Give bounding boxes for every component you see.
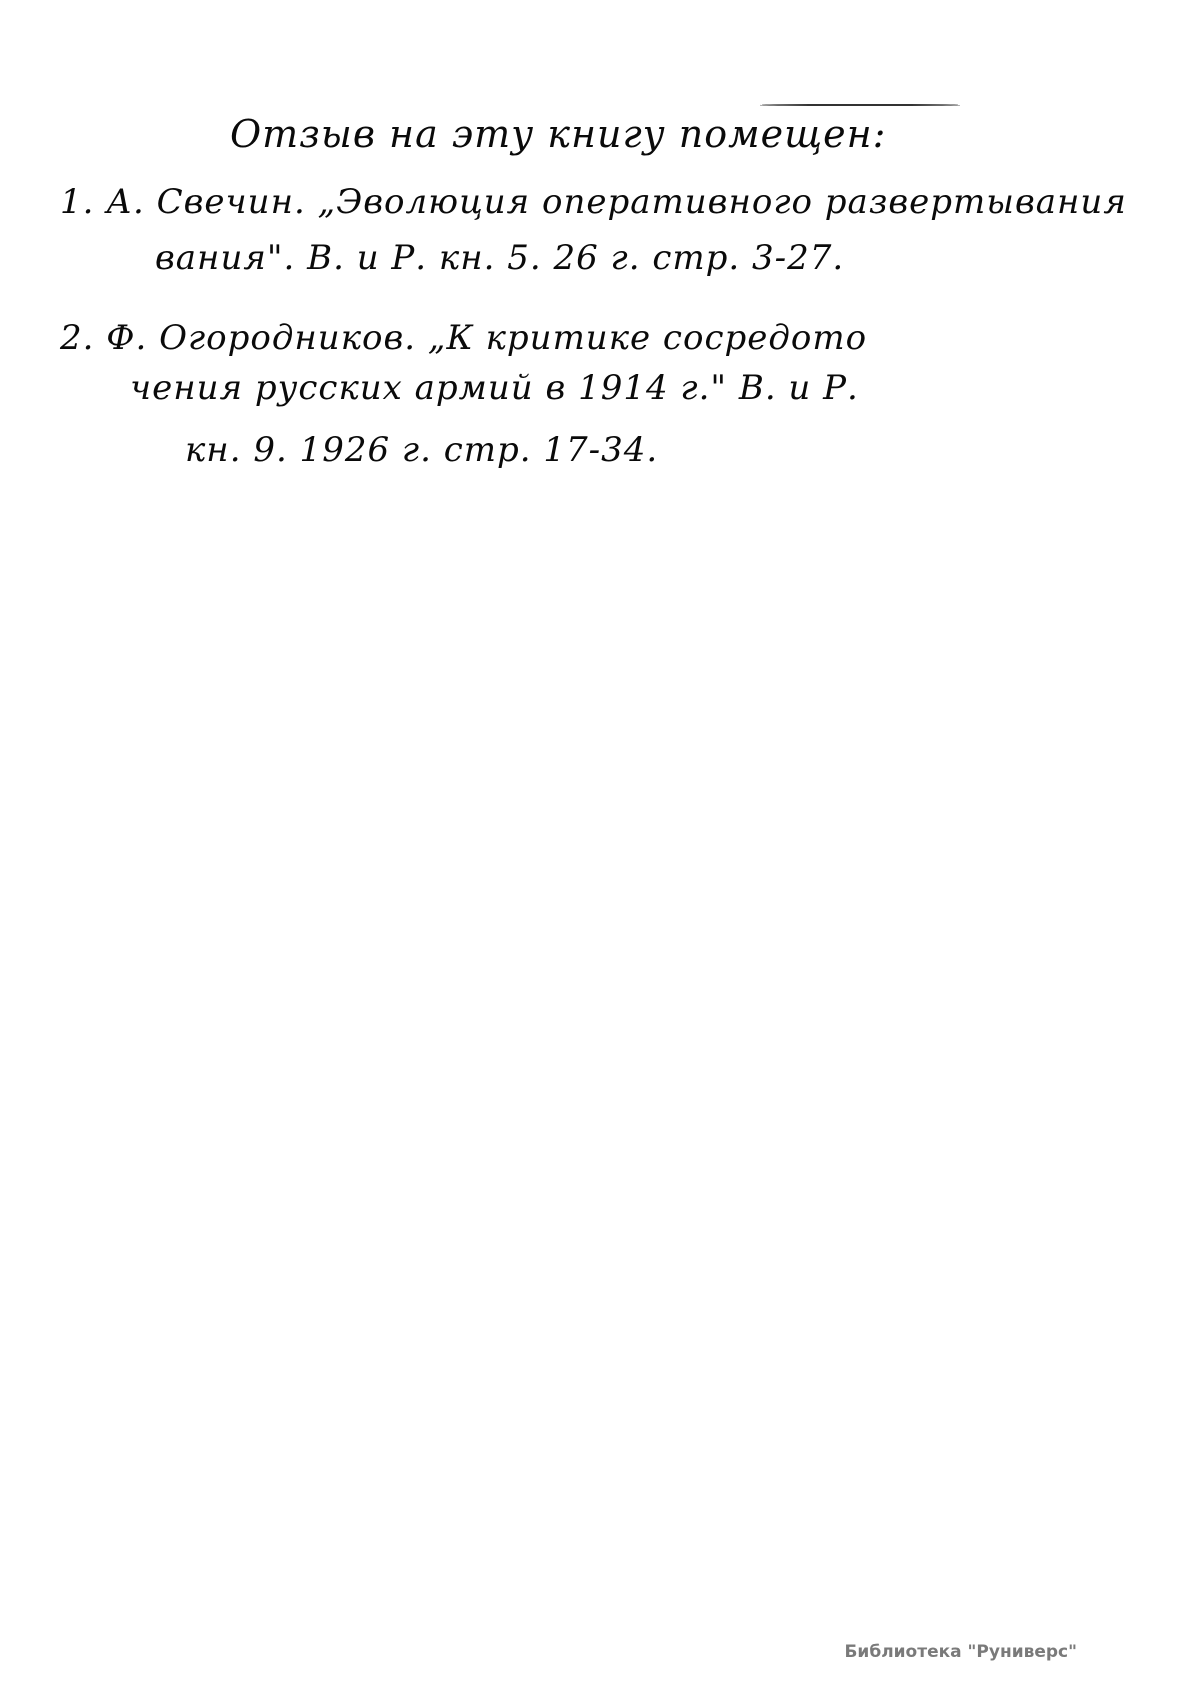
reference-1-line-1: 1. А. Свечин. „Эволюция оперативного раз… bbox=[60, 182, 1127, 222]
scanned-page: Отзыв на эту книгу помещен: 1. А. Свечин… bbox=[0, 0, 1197, 1702]
reference-2-line-1: 2. Ф. Огородников. „К критике сосредото bbox=[60, 318, 867, 358]
reference-2-line-2: чения русских армий в 1914 г." В. и Р. bbox=[130, 368, 859, 408]
document-heading: Отзыв на эту книгу помещен: bbox=[230, 112, 887, 156]
library-watermark: Библиотека "Руниверс" bbox=[844, 1642, 1077, 1662]
reference-1-line-2: вания". В. и Р. кн. 5. 26 г. стр. 3-27. bbox=[155, 238, 844, 278]
handwritten-overline-mark bbox=[760, 104, 960, 106]
reference-2-line-3: кн. 9. 1926 г. стр. 17-34. bbox=[185, 430, 658, 470]
